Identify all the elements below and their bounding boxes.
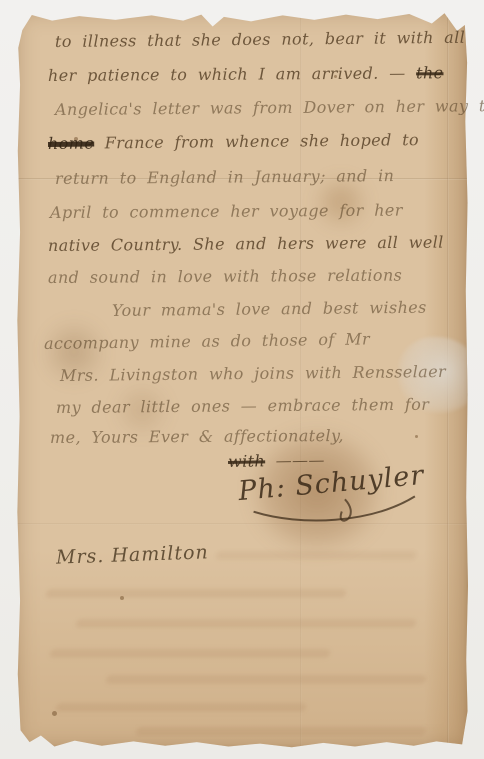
struck-word: with (228, 451, 265, 471)
bleed-through-line (75, 619, 417, 628)
bleed-through-line (45, 589, 347, 598)
letter-line: Angelica's letter was from Dover on her … (55, 96, 484, 119)
bleed-through-line (55, 703, 307, 712)
aged-bottom-band (16, 548, 468, 748)
bleed-through-line (215, 551, 417, 560)
letter-line: April to commence her voyage for her (50, 201, 403, 222)
letter-line: me, Yours Ever & affectionately, (50, 426, 344, 447)
letter-line: home France from whence she hoped to (48, 130, 419, 153)
bleed-through-line (49, 649, 331, 658)
foxing-spot (415, 435, 418, 438)
foxing-spot (52, 711, 57, 716)
letter-line: her patience to which I am arrived. — th… (48, 63, 444, 85)
letter-line: and sound in love with those relations (48, 266, 402, 287)
letter-line: return to England in January; and in (55, 166, 394, 188)
struck-word: the (416, 63, 444, 82)
letter-line: with ——— (228, 450, 325, 471)
letter-line: Mrs. Livingston who joins with Rensselae… (60, 362, 446, 385)
scanned-letter-image: to illness that she does not, bear it wi… (0, 0, 484, 759)
struck-word: home (48, 134, 94, 153)
letter-line: native Country. She and hers were all we… (48, 233, 444, 255)
bleed-through-line (135, 727, 427, 736)
letter-line: my dear little ones — embrace them for (56, 395, 429, 417)
letter-line: Your mama's love and best wishes (112, 298, 427, 320)
bleed-through-line (105, 675, 427, 684)
